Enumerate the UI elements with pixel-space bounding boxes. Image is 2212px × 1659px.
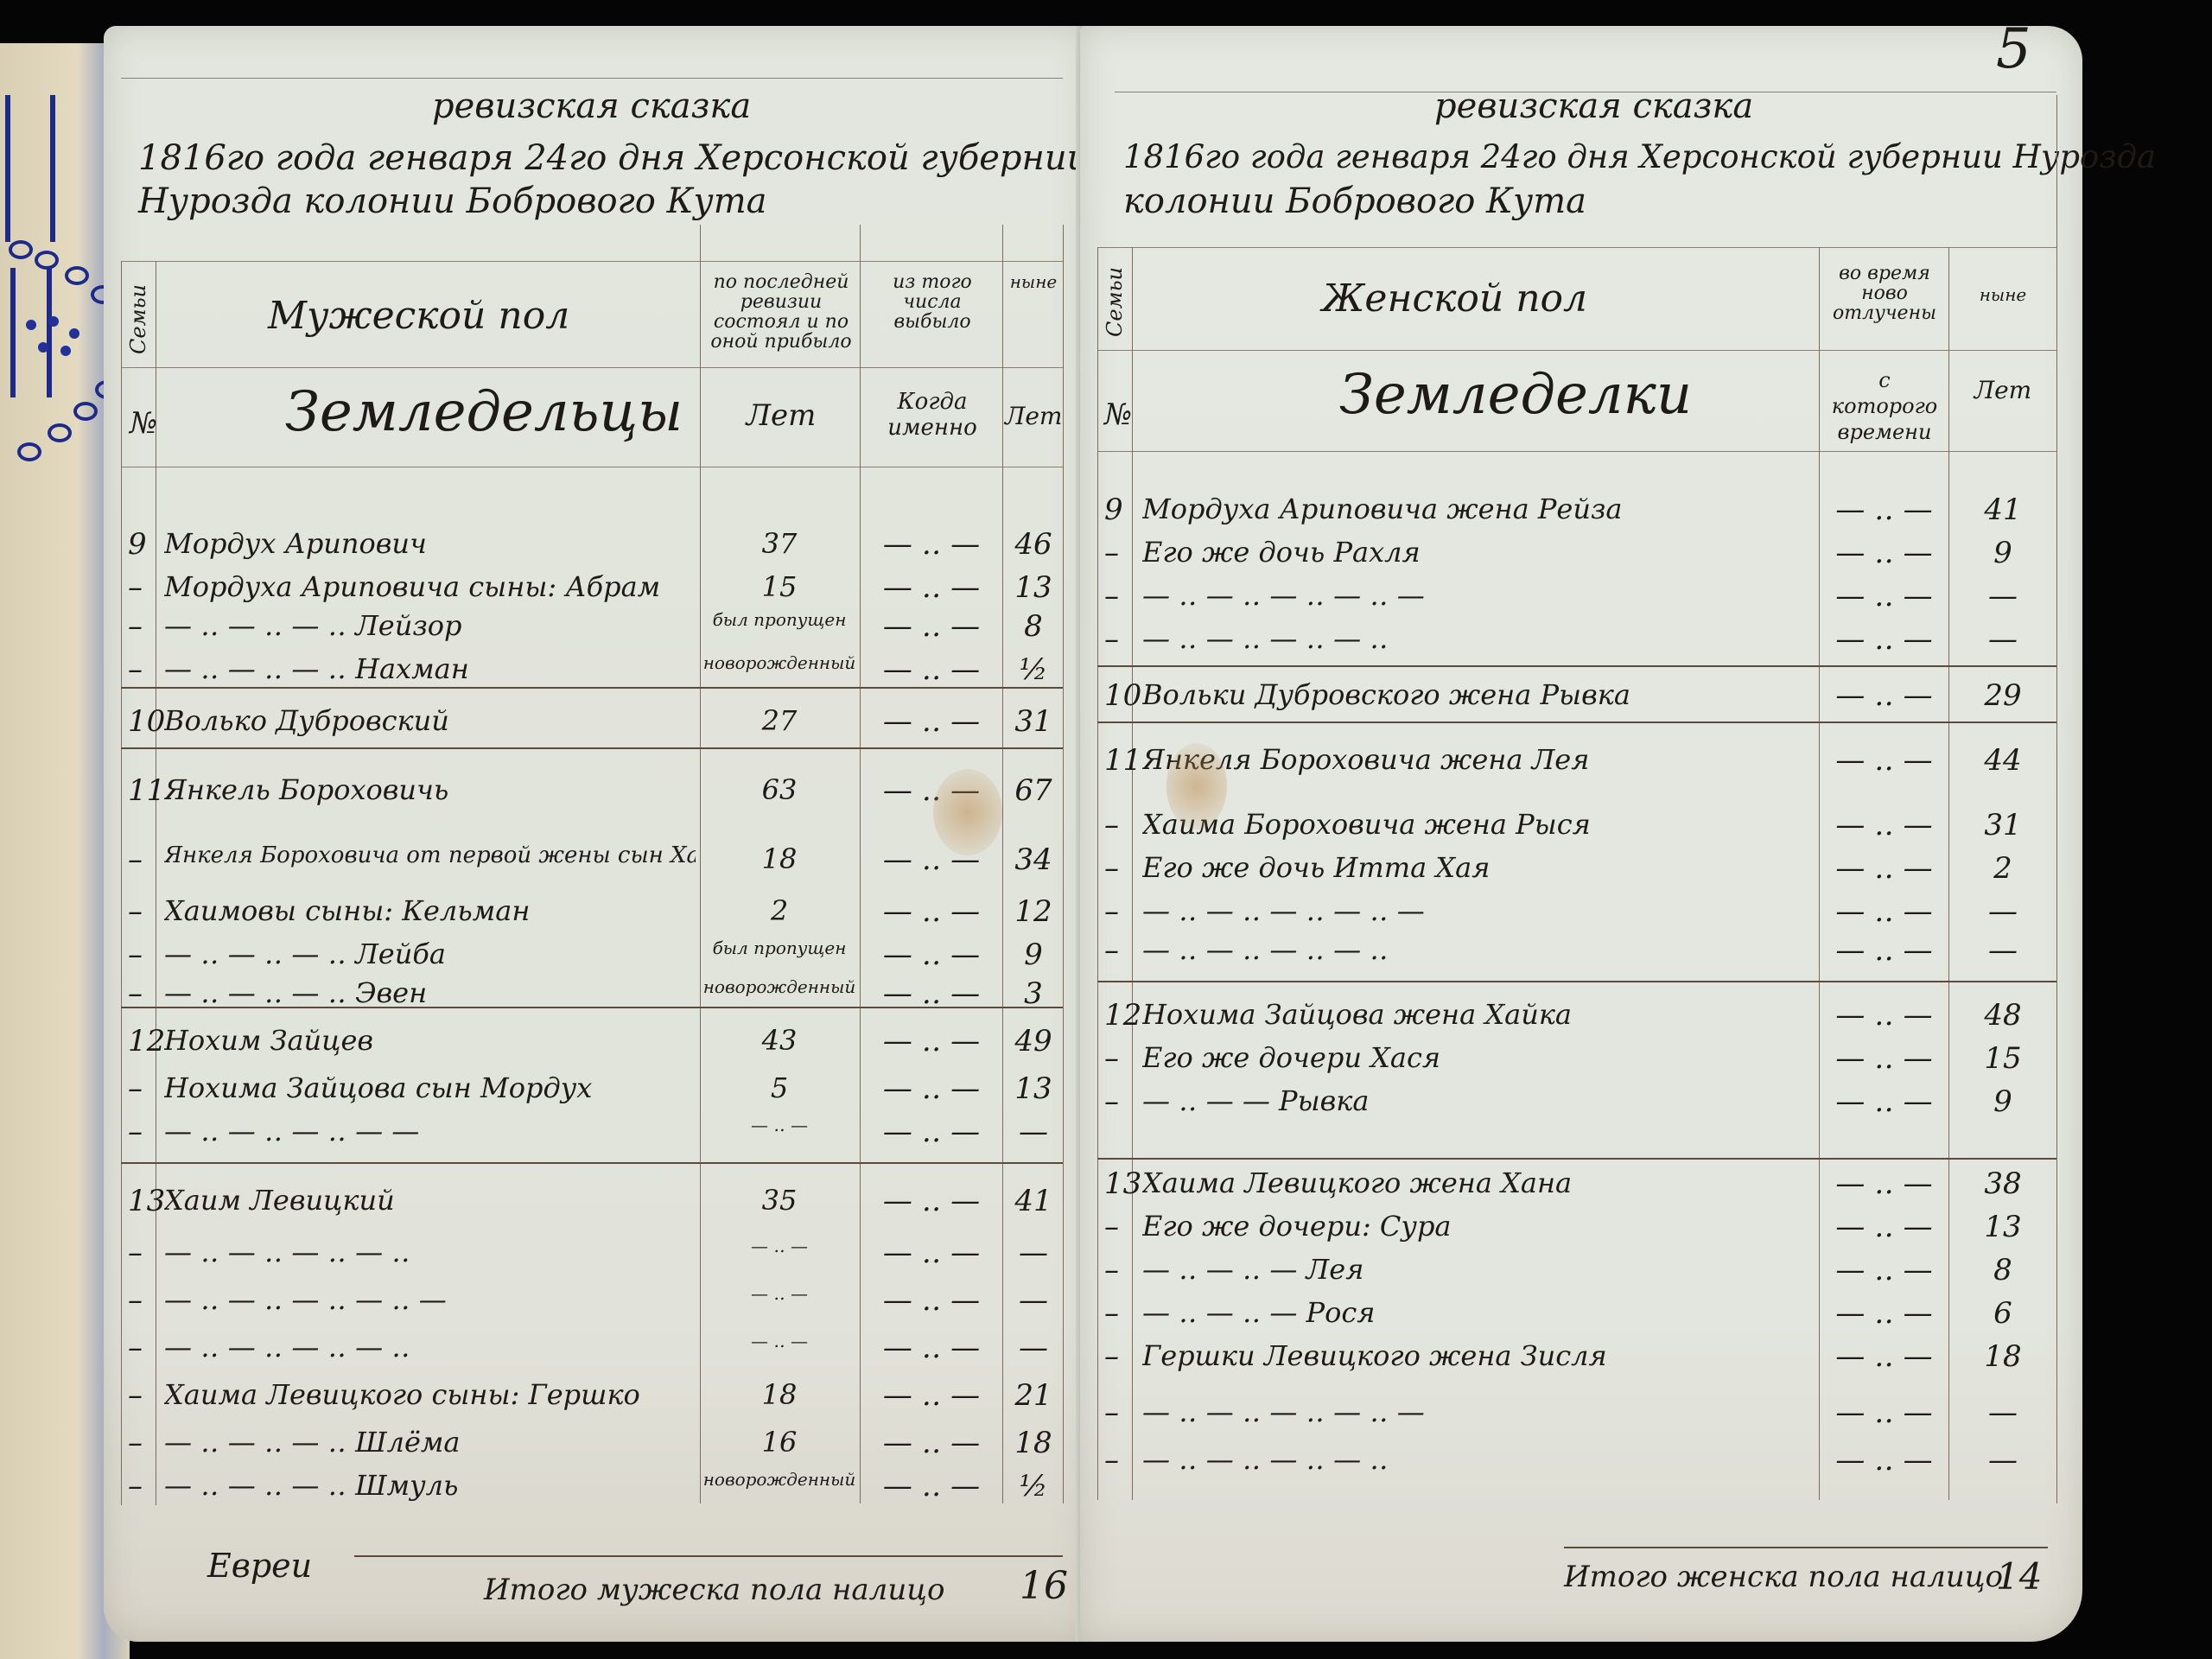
- now-age: 21: [1004, 1378, 1063, 1413]
- endpaper-ornament-band: [5, 95, 55, 242]
- now-age: —: [1951, 1395, 2055, 1430]
- person-name: — ‥ — ‥ — ‥ Лейба: [164, 938, 446, 970]
- endpaper-dot: [60, 346, 71, 356]
- col-subheader-years: Лет: [1951, 380, 2055, 400]
- person-name: — ‥ — ‥ — ‥ Шмуль: [164, 1469, 458, 1502]
- family-number: –: [128, 1426, 143, 1460]
- col-subheader-since: с которого времени: [1823, 367, 1946, 445]
- absent-since: — ‥ —: [1821, 1443, 1947, 1478]
- class-title: Земледелки: [1339, 363, 1692, 427]
- prev-age: 18: [702, 842, 857, 875]
- now-age: —: [1951, 579, 2055, 613]
- endpaper-ring: [35, 251, 59, 270]
- stain: [933, 769, 1002, 855]
- col-header-departed: из того числа выбыло: [864, 272, 1001, 332]
- absent-since: — ‥ —: [1821, 1296, 1947, 1331]
- now-age: 12: [1004, 894, 1063, 929]
- family-number: –: [1104, 894, 1119, 929]
- person-name: — ‥ — ‥ — Рося: [1142, 1296, 1375, 1329]
- class-title: Земледельцы: [285, 380, 683, 444]
- endpaper-dot: [38, 342, 48, 353]
- now-age: 38: [1951, 1166, 2055, 1201]
- family-number: 11: [1104, 743, 1141, 778]
- person-name: Вольки Дубровского жена Рывка: [1142, 678, 1630, 711]
- endpaper-ring: [73, 402, 98, 421]
- endpaper-ring: [9, 240, 33, 259]
- endpaper-dot: [69, 328, 79, 339]
- family-number: 13: [128, 1184, 165, 1218]
- person-name: Его же дочь Рахля: [1142, 536, 1421, 569]
- prev-age: 63: [702, 773, 857, 806]
- person-name: — ‥ — ‥ — ‥ — ‥ —: [1142, 579, 1425, 612]
- prev-age: 15: [702, 570, 857, 603]
- family-number: 9: [1104, 493, 1123, 527]
- person-name: — ‥ — ‥ — ‥ Эвен: [164, 976, 427, 1009]
- absent-since: — ‥ —: [1821, 579, 1947, 613]
- prev-age: новорожденный: [702, 652, 857, 673]
- absent-since: — ‥ —: [1821, 1084, 1947, 1119]
- absent-since: — ‥ —: [1821, 1166, 1947, 1201]
- now-age: 9: [1951, 1084, 2055, 1119]
- family-number: –: [1104, 1443, 1119, 1478]
- now-age: ½: [1004, 1469, 1063, 1503]
- family-number: 9: [128, 527, 147, 562]
- prev-age: 5: [702, 1071, 857, 1104]
- departed: — ‥ —: [862, 1426, 1001, 1460]
- prev-age: новорожденный: [702, 1469, 857, 1490]
- prev-age: — ‥ —: [702, 1115, 857, 1135]
- left-title: ревизская сказка: [432, 86, 751, 126]
- absent-since: — ‥ —: [1821, 743, 1947, 778]
- absent-since: — ‥ —: [1821, 1395, 1947, 1430]
- family-number: 11: [128, 773, 165, 808]
- person-name: — ‥ — ‥ — ‥ — —: [164, 1115, 419, 1147]
- stain: [1166, 743, 1227, 829]
- departed: — ‥ —: [862, 609, 1001, 644]
- prev-age: — ‥ —: [702, 1331, 857, 1351]
- family-number: –: [128, 1283, 143, 1318]
- now-age: 13: [1951, 1210, 2055, 1244]
- signature: Евреи: [207, 1547, 312, 1585]
- number-column-label: №: [1104, 397, 1132, 432]
- family-number: –: [128, 652, 143, 687]
- family-number: 12: [128, 1024, 165, 1058]
- section-title: Мужеской пол: [268, 294, 569, 338]
- departed: — ‥ —: [862, 1331, 1001, 1365]
- person-name: Нохима Зайцова сын Мордух: [164, 1071, 592, 1104]
- person-name: — ‥ — ‥ — ‥ — ‥: [1142, 1443, 1389, 1476]
- endpaper-ring: [65, 266, 89, 285]
- prev-age: 37: [702, 527, 857, 560]
- family-number: –: [128, 842, 143, 877]
- now-age: ½: [1004, 652, 1063, 687]
- person-name: Хаима Левицкого сыны: Гершко: [164, 1378, 640, 1411]
- now-age: 41: [1004, 1184, 1063, 1218]
- departed: — ‥ —: [862, 976, 1001, 1011]
- family-number: –: [1104, 536, 1119, 570]
- absent-since: — ‥ —: [1821, 998, 1947, 1033]
- person-name: Нохим Зайцев: [164, 1024, 373, 1057]
- page-number: 5: [1996, 17, 2031, 81]
- now-age: 41: [1951, 493, 2055, 527]
- now-age: —: [1951, 933, 2055, 968]
- endpaper-ornament-band: [10, 268, 52, 397]
- departed: — ‥ —: [862, 1378, 1001, 1413]
- absent-since: — ‥ —: [1821, 536, 1947, 570]
- family-number: –: [1104, 1395, 1119, 1430]
- now-age: —: [1004, 1236, 1063, 1270]
- now-age: 49: [1004, 1024, 1063, 1058]
- prev-age: 35: [702, 1184, 857, 1217]
- family-number: –: [1104, 851, 1119, 886]
- now-age: 31: [1004, 704, 1063, 739]
- family-number: –: [128, 609, 143, 644]
- departed: — ‥ —: [862, 570, 1001, 605]
- family-number: –: [1104, 1210, 1119, 1244]
- person-name: — ‥ — ‥ — ‥ — ‥ —: [164, 1283, 447, 1316]
- col-header-now: ныне: [1005, 272, 1062, 292]
- now-age: 8: [1951, 1253, 2055, 1287]
- departed: — ‥ —: [862, 1115, 1001, 1149]
- prev-age: — ‥ —: [702, 1236, 857, 1256]
- now-age: 31: [1951, 808, 2055, 842]
- departed: — ‥ —: [862, 704, 1001, 739]
- now-age: —: [1004, 1115, 1063, 1149]
- now-age: —: [1951, 622, 2055, 657]
- prev-age: 43: [702, 1024, 857, 1057]
- departed: — ‥ —: [862, 652, 1001, 687]
- absent-since: — ‥ —: [1821, 851, 1947, 886]
- total-value: 16: [1020, 1564, 1068, 1608]
- now-age: 18: [1004, 1426, 1063, 1460]
- now-age: 34: [1004, 842, 1063, 877]
- family-number: –: [1104, 622, 1119, 657]
- now-age: 9: [1004, 938, 1063, 972]
- family-number: –: [1104, 933, 1119, 968]
- now-age: 2: [1951, 851, 2055, 886]
- person-name: — ‥ — ‥ — ‥ — ‥: [164, 1331, 410, 1363]
- now-age: 67: [1004, 773, 1063, 808]
- family-number: –: [128, 1469, 143, 1503]
- total-label: Итого женска пола налицо: [1564, 1560, 2003, 1594]
- now-age: —: [1951, 894, 2055, 929]
- prev-age: 2: [702, 894, 857, 927]
- person-name: — ‥ — ‥ — ‥ — ‥: [164, 1236, 410, 1268]
- departed: — ‥ —: [862, 527, 1001, 562]
- person-name: — ‥ — ‥ — ‥ Шлёма: [164, 1426, 461, 1459]
- family-number: 10: [1104, 678, 1141, 713]
- now-age: —: [1004, 1331, 1063, 1365]
- family-number: –: [128, 1071, 143, 1106]
- family-column-label: Семьи: [1103, 267, 1127, 337]
- person-name: Волько Дубровский: [164, 704, 449, 737]
- person-name: Нохима Зайцова жена Хайка: [1142, 998, 1572, 1031]
- col-header-prev-revision: по последней ревизии состоял и по оной п…: [704, 272, 858, 352]
- person-name: Гершки Левицкого жена Зисля: [1142, 1339, 1607, 1372]
- endpaper-dot: [48, 316, 59, 327]
- left-heading-line1: 1816го года генваря 24го дня Херсонской …: [138, 138, 1089, 178]
- now-age: 3: [1004, 976, 1063, 1011]
- family-number: –: [128, 570, 143, 605]
- absent-since: — ‥ —: [1821, 894, 1947, 929]
- absent-since: — ‥ —: [1821, 1041, 1947, 1076]
- total-label: Итого мужеска пола налицо: [484, 1573, 944, 1607]
- prev-age: — ‥ —: [702, 1283, 857, 1304]
- now-age: 9: [1951, 536, 2055, 570]
- now-age: 6: [1951, 1296, 2055, 1331]
- person-name: — ‥ — ‥ — ‥ Нахман: [164, 652, 469, 685]
- person-name: Янкеля Бороховича от первой жены сын Хаи…: [164, 842, 696, 868]
- person-name: — ‥ — ‥ — ‥ — ‥: [1142, 622, 1389, 655]
- family-number: –: [1104, 1041, 1119, 1076]
- now-age: 13: [1004, 1071, 1063, 1106]
- person-name: — ‥ — — Рывка: [1142, 1084, 1369, 1117]
- departed: — ‥ —: [862, 1024, 1001, 1058]
- person-name: Мордуха Ариповича жена Рейза: [1142, 493, 1623, 525]
- departed: — ‥ —: [862, 1469, 1001, 1503]
- absent-since: — ‥ —: [1821, 678, 1947, 713]
- now-age: —: [1951, 1443, 2055, 1478]
- family-number: –: [1104, 1339, 1119, 1374]
- family-number: –: [128, 1378, 143, 1413]
- family-number: 10: [128, 704, 165, 739]
- family-number: 13: [1104, 1166, 1141, 1201]
- person-name: — ‥ — ‥ — ‥ — ‥ —: [1142, 1395, 1425, 1428]
- now-age: 29: [1951, 678, 2055, 713]
- col-subheader-years: Лет: [704, 406, 858, 426]
- absent-since: — ‥ —: [1821, 1339, 1947, 1374]
- right-title: ревизская сказка: [1434, 86, 1753, 126]
- left-heading-line2: Нурозда колонии Бобрового Кута: [138, 181, 767, 221]
- person-name: Мордуха Ариповича сыны: Абрам: [164, 570, 660, 603]
- now-age: 44: [1951, 743, 2055, 778]
- family-number: –: [128, 1331, 143, 1365]
- family-number: –: [128, 976, 143, 1011]
- right-heading-line2: колонии Бобрового Кута: [1123, 181, 1586, 221]
- person-name: Его же дочери Хася: [1142, 1041, 1440, 1074]
- absent-since: — ‥ —: [1821, 808, 1947, 842]
- now-age: 8: [1004, 609, 1063, 644]
- number-column-label: №: [130, 406, 157, 441]
- prev-age: 16: [702, 1426, 857, 1459]
- person-name: Его же дочь Итта Хая: [1142, 851, 1490, 884]
- absent-since: — ‥ —: [1821, 933, 1947, 968]
- family-column-label: Семьи: [126, 284, 150, 354]
- family-number: –: [128, 1236, 143, 1270]
- person-name: Мордух Арипович: [164, 527, 427, 560]
- departed: — ‥ —: [862, 894, 1001, 929]
- family-number: –: [1104, 1296, 1119, 1331]
- family-number: –: [1104, 1253, 1119, 1287]
- departed: — ‥ —: [862, 1184, 1001, 1218]
- section-title: Женской пол: [1322, 276, 1587, 321]
- family-number: 12: [1104, 998, 1141, 1033]
- person-name: — ‥ — ‥ — ‥ — ‥ —: [1142, 894, 1425, 927]
- prev-age: 27: [702, 704, 857, 737]
- family-number: –: [128, 1115, 143, 1149]
- endpaper-ring: [48, 423, 72, 442]
- person-name: — ‥ — ‥ — Лея: [1142, 1253, 1363, 1286]
- person-name: Янкель Бороховичь: [164, 773, 448, 806]
- person-name: — ‥ — ‥ — ‥ Лейзор: [164, 609, 462, 642]
- family-number: –: [128, 938, 143, 972]
- person-name: Хаимовы сыны: Кельман: [164, 894, 530, 927]
- now-age: 15: [1951, 1041, 2055, 1076]
- left-page: ревизская сказка 1816го года генваря 24г…: [104, 26, 1089, 1642]
- now-age: 48: [1951, 998, 2055, 1033]
- family-number: –: [1104, 1084, 1119, 1119]
- endpaper-ring: [17, 442, 41, 461]
- col-header-absent: во время ново отлучены: [1823, 264, 1946, 323]
- absent-since: — ‥ —: [1821, 1253, 1947, 1287]
- family-number: –: [128, 894, 143, 929]
- endpaper-dot: [26, 320, 36, 330]
- family-number: –: [1104, 579, 1119, 613]
- now-age: —: [1004, 1283, 1063, 1318]
- prev-age: был пропущен: [702, 938, 857, 958]
- prev-age: был пропущен: [702, 609, 857, 630]
- absent-since: — ‥ —: [1821, 1210, 1947, 1244]
- person-name: Его же дочери: Сура: [1142, 1210, 1452, 1243]
- person-name: — ‥ — ‥ — ‥ — ‥: [1142, 933, 1389, 966]
- person-name: Хаим Левицкий: [164, 1184, 395, 1217]
- col-subheader-when: Когда именно: [864, 389, 1001, 441]
- prev-age: новорожденный: [702, 976, 857, 997]
- departed: — ‥ —: [862, 1283, 1001, 1318]
- person-name: Хаима Левицкого жена Хана: [1142, 1166, 1572, 1199]
- col-subheader-years-now: Лет: [1005, 406, 1062, 426]
- absent-since: — ‥ —: [1821, 493, 1947, 527]
- departed: — ‥ —: [862, 1071, 1001, 1106]
- now-age: 13: [1004, 570, 1063, 605]
- col-header-now: ныне: [1951, 285, 2055, 305]
- now-age: 18: [1951, 1339, 2055, 1374]
- total-value: 14: [1996, 1555, 2042, 1598]
- right-page: 5 ревизская сказка 1816го года генваря 2…: [1080, 26, 2082, 1642]
- departed: — ‥ —: [862, 938, 1001, 972]
- departed: — ‥ —: [862, 1236, 1001, 1270]
- right-heading-line1: 1816го года генваря 24го дня Херсонской …: [1123, 138, 2156, 175]
- family-number: –: [1104, 808, 1119, 842]
- absent-since: — ‥ —: [1821, 622, 1947, 657]
- prev-age: 18: [702, 1378, 857, 1411]
- now-age: 46: [1004, 527, 1063, 562]
